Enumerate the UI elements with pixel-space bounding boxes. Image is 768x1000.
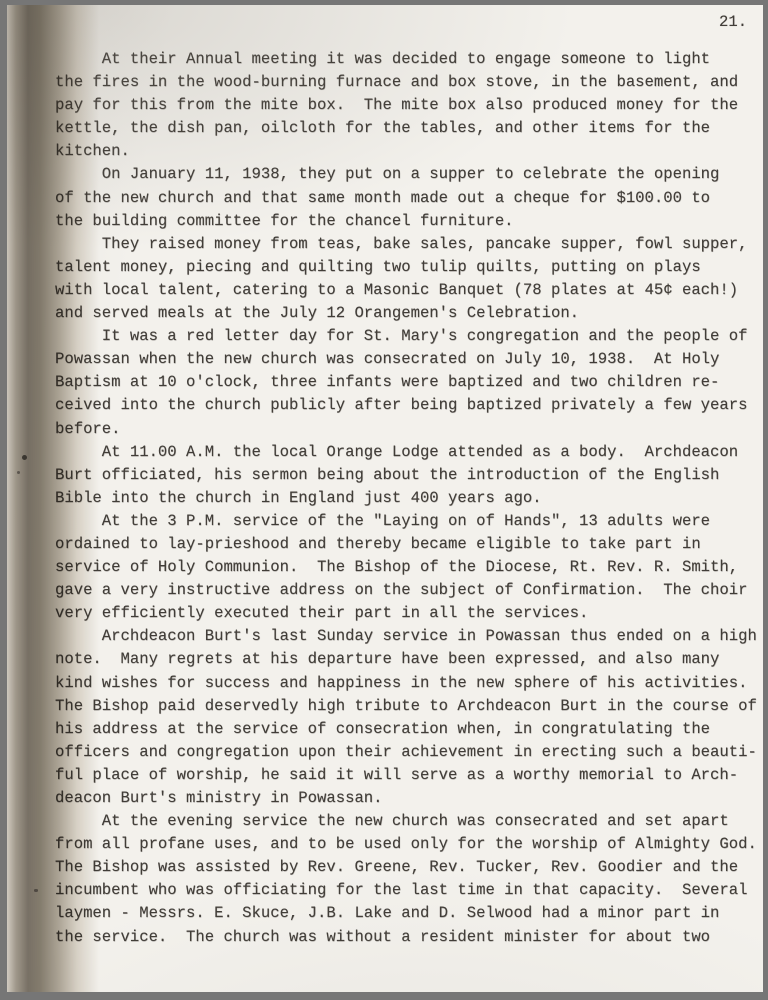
text-line: Burt officiated, his sermon being about … [55, 464, 757, 487]
text-line: gave a very instructive address on the s… [55, 579, 757, 602]
paragraph: It was a red letter day for St. Mary's c… [55, 325, 757, 440]
text-line: They raised money from teas, bake sales,… [55, 233, 757, 256]
text-line: his address at the service of consecrati… [55, 718, 757, 741]
text-line: the fires in the wood-burning furnace an… [55, 71, 757, 94]
text-line: It was a red letter day for St. Mary's c… [55, 325, 757, 348]
page-number: 21. [719, 11, 747, 34]
paragraph: At their Annual meeting it was decided t… [55, 48, 757, 163]
text-line: from all profane uses, and to be used on… [55, 833, 757, 856]
text-line: very efficiently executed their part in … [55, 602, 757, 625]
ink-speck [17, 471, 20, 474]
text-line: At 11.00 A.M. the local Orange Lodge att… [55, 441, 757, 464]
text-line: of the new church and that same month ma… [55, 187, 757, 210]
text-line: laymen - Messrs. E. Skuce, J.B. Lake and… [55, 902, 757, 925]
scan-frame: 21. At their Annual meeting it was decid… [0, 0, 768, 1000]
text-line: before. [55, 418, 757, 441]
text-line: At the evening service the new church wa… [55, 810, 757, 833]
paragraph: At the 3 P.M. service of the "Laying on … [55, 510, 757, 625]
text-line: pay for this from the mite box. The mite… [55, 94, 757, 117]
paragraph: At the evening service the new church wa… [55, 810, 757, 949]
text-line: kind wishes for success and happiness in… [55, 672, 757, 695]
text-line: with local talent, catering to a Masonic… [55, 279, 757, 302]
ink-speck [22, 455, 27, 460]
text-line: At the 3 P.M. service of the "Laying on … [55, 510, 757, 533]
ink-speck [34, 889, 38, 892]
text-line: deacon Burt's ministry in Powassan. [55, 787, 757, 810]
text-block: At their Annual meeting it was decided t… [55, 48, 757, 949]
paragraph: Archdeacon Burt's last Sunday service in… [55, 625, 757, 810]
text-line: On January 11, 1938, they put on a suppe… [55, 163, 757, 186]
text-line: kettle, the dish pan, oilcloth for the t… [55, 117, 757, 140]
paragraph: On January 11, 1938, they put on a suppe… [55, 163, 757, 232]
paragraph: They raised money from teas, bake sales,… [55, 233, 757, 325]
text-line: Bible into the church in England just 40… [55, 487, 757, 510]
paragraph: At 11.00 A.M. the local Orange Lodge att… [55, 441, 757, 510]
text-line: kitchen. [55, 140, 757, 163]
text-line: note. Many regrets at his departure have… [55, 648, 757, 671]
document-page: 21. At their Annual meeting it was decid… [7, 5, 763, 992]
text-line: ful place of worship, he said it will se… [55, 764, 757, 787]
text-line: service of Holy Communion. The Bishop of… [55, 556, 757, 579]
text-line: the service. The church was without a re… [55, 926, 757, 949]
text-line: and served meals at the July 12 Orangeme… [55, 302, 757, 325]
text-line: The Bishop was assisted by Rev. Greene, … [55, 856, 757, 879]
text-line: ordained to lay-prieshood and thereby be… [55, 533, 757, 556]
text-line: ceived into the church publicly after be… [55, 394, 757, 417]
text-line: Baptism at 10 o'clock, three infants wer… [55, 371, 757, 394]
text-line: Powassan when the new church was consecr… [55, 348, 757, 371]
text-line: The Bishop paid deservedly high tribute … [55, 695, 757, 718]
text-line: the building committee for the chancel f… [55, 210, 757, 233]
text-line: Archdeacon Burt's last Sunday service in… [55, 625, 757, 648]
text-line: talent money, piecing and quilting two t… [55, 256, 757, 279]
text-line: officers and congregation upon their ach… [55, 741, 757, 764]
text-line: incumbent who was officiating for the la… [55, 879, 757, 902]
text-line: At their Annual meeting it was decided t… [55, 48, 757, 71]
